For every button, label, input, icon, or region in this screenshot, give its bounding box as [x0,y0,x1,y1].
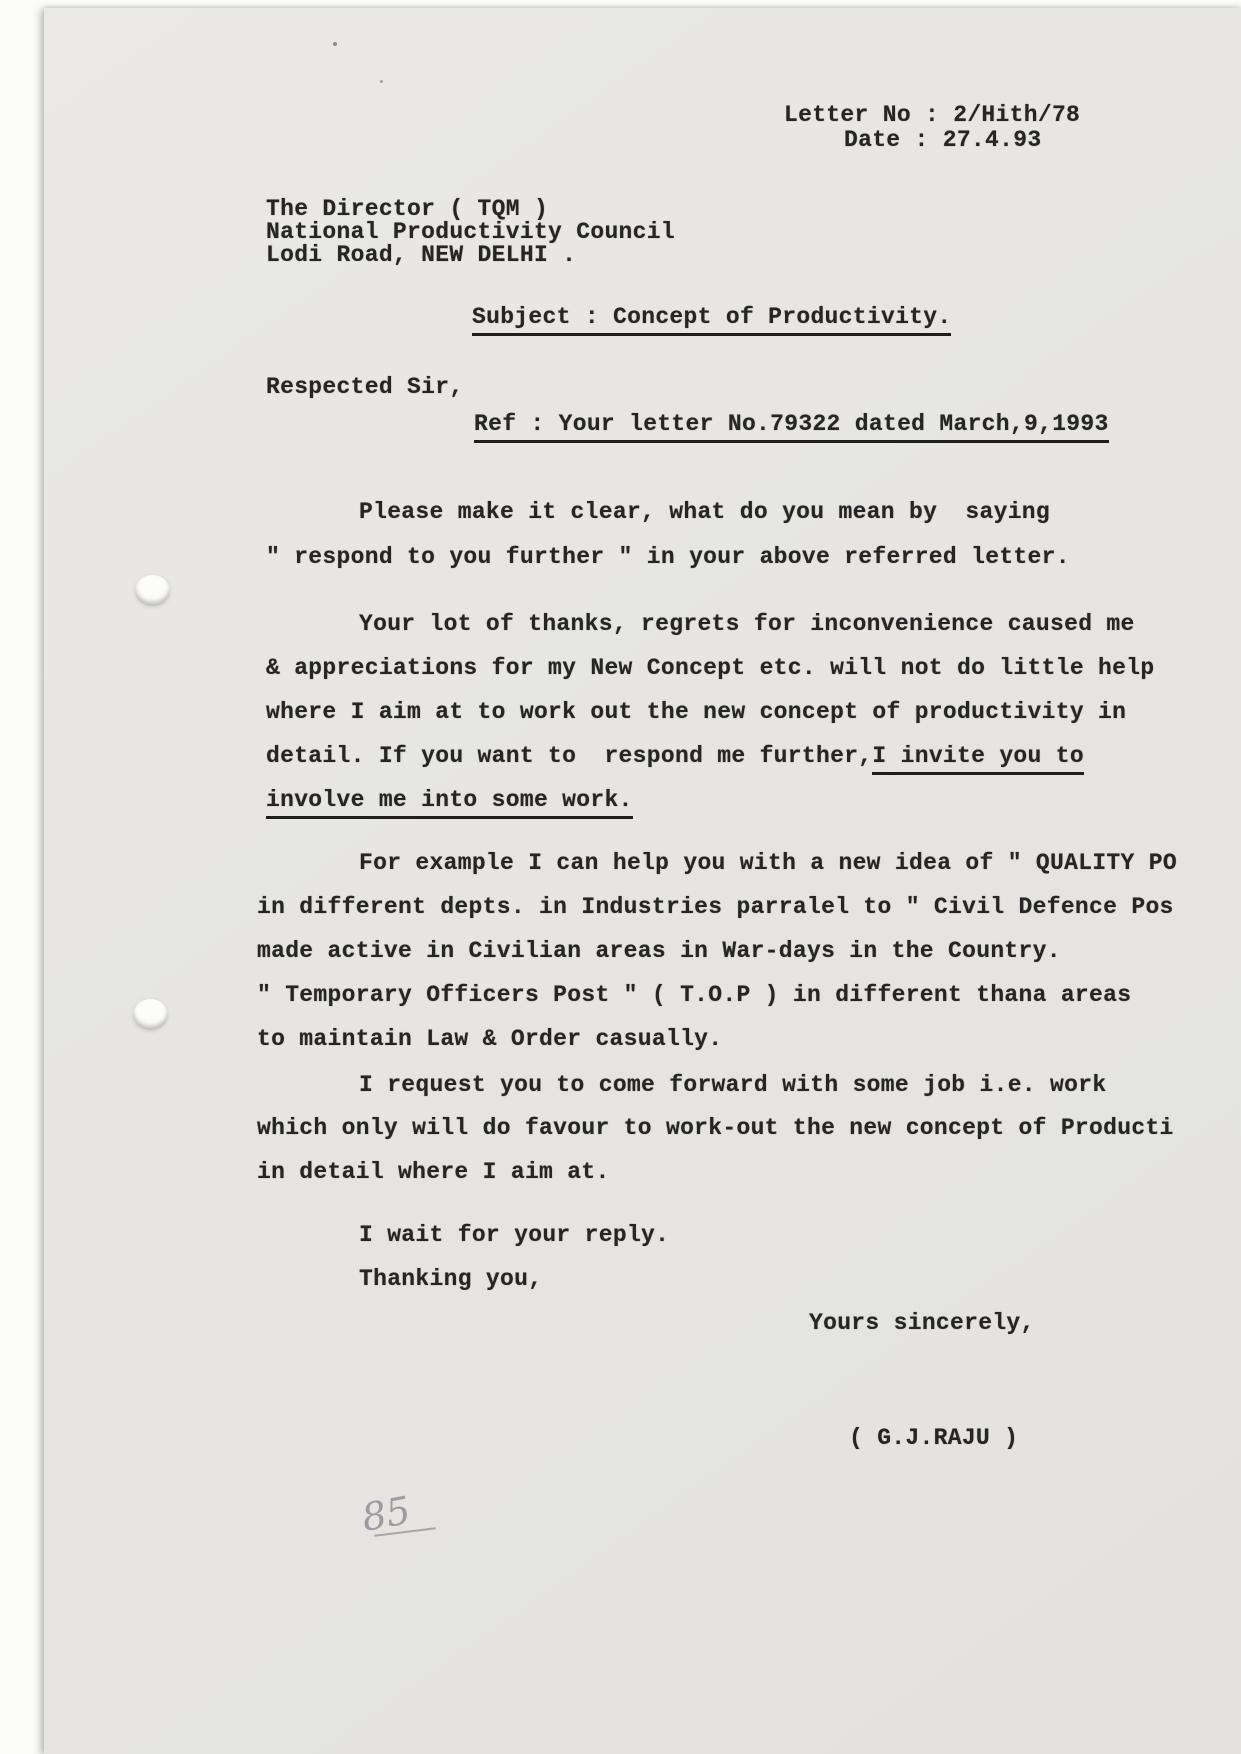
typewritten-text: Letter No : 2/Hith/78 [784,102,1080,128]
typewritten-text: Yours sincerely, [809,1310,1035,1336]
typewritten-text: I request you to come forward with some … [359,1072,1106,1098]
body-line: involve me into some work. [266,787,633,813]
typewritten-text: I wait for your reply. [359,1222,669,1248]
closing-line: Yours sincerely, [809,1310,1035,1336]
typewritten-text: & appreciations for my New Concept etc. … [266,655,1154,681]
body-line: made active in Civilian areas in War-day… [257,938,1061,964]
typewritten-text: detail. If you want to respond me furthe… [266,743,872,769]
typewritten-text: Respected Sir, [266,374,463,400]
body-line: in detail where I aim at. [257,1159,610,1185]
underlined-text: involve me into some work. [266,787,633,819]
typewritten-text: which only will do favour to work-out th… [257,1115,1174,1141]
underlined-text: Subject : Concept of Productivity. [472,304,951,336]
body-line: & appreciations for my New Concept etc. … [266,655,1154,681]
signature-line: ( G.J.RAJU ) [849,1425,1018,1451]
body-line: Your lot of thanks, regrets for inconven… [359,611,1135,637]
typewritten-text: Date : 27.4.93 [844,127,1041,153]
body-line: Thanking you, [359,1266,542,1292]
typewritten-text: where I aim at to work out the new conce… [266,699,1126,725]
letter-no-line: Letter No : 2/Hith/78 [784,102,1080,128]
underlined-text: Ref : Your letter No.79322 dated March,9… [474,411,1109,443]
body-line: to maintain Law & Order casually. [257,1026,722,1052]
body-line: Please make it clear, what do you mean b… [359,499,1050,525]
scan-speck [333,42,337,46]
punch-hole-top [135,575,170,606]
body-line: " respond to you further " in your above… [266,544,1070,570]
typewritten-text: For example I can help you with a new id… [359,850,1177,876]
underlined-text: I invite you to [872,743,1084,775]
body-line: For example I can help you with a new id… [359,850,1177,876]
subject-line: Subject : Concept of Productivity. [472,304,951,330]
body-line: where I aim at to work out the new conce… [266,699,1126,725]
typewritten-text: to maintain Law & Order casually. [257,1026,722,1052]
recipient-line-3: Lodi Road, NEW DELHI . [266,242,576,268]
typewritten-text: Your lot of thanks, regrets for inconven… [359,611,1135,637]
typewritten-text: in detail where I aim at. [257,1159,610,1185]
typewritten-text: Thanking you, [359,1266,542,1292]
date-line: Date : 27.4.93 [844,127,1041,153]
scan-speck [380,80,383,83]
body-line: which only will do favour to work-out th… [257,1115,1174,1141]
typewritten-text: Lodi Road, NEW DELHI . [266,242,576,268]
typewritten-text: in different depts. in Industries parral… [257,894,1174,920]
body-line: I request you to come forward with some … [359,1072,1106,1098]
body-line: " Temporary Officers Post " ( T.O.P ) in… [257,982,1131,1008]
letter-page: 85 Letter No : 2/Hith/78Date : 27.4.93Th… [44,8,1241,1754]
typewritten-text: " respond to you further " in your above… [266,544,1070,570]
body-line: in different depts. in Industries parral… [257,894,1174,920]
typewritten-text: " Temporary Officers Post " ( T.O.P ) in… [257,982,1131,1008]
body-line: I wait for your reply. [359,1222,669,1248]
salutation-line: Respected Sir, [266,374,463,400]
scanned-letter: 85 Letter No : 2/Hith/78Date : 27.4.93Th… [0,0,1241,1754]
reference-line: Ref : Your letter No.79322 dated March,9… [474,411,1109,437]
typewritten-text: made active in Civilian areas in War-day… [257,938,1061,964]
body-line: detail. If you want to respond me furthe… [266,743,1084,769]
punch-hole-bottom [133,999,168,1030]
typewritten-text: Please make it clear, what do you mean b… [359,499,1050,525]
typewritten-text: ( G.J.RAJU ) [849,1425,1018,1451]
